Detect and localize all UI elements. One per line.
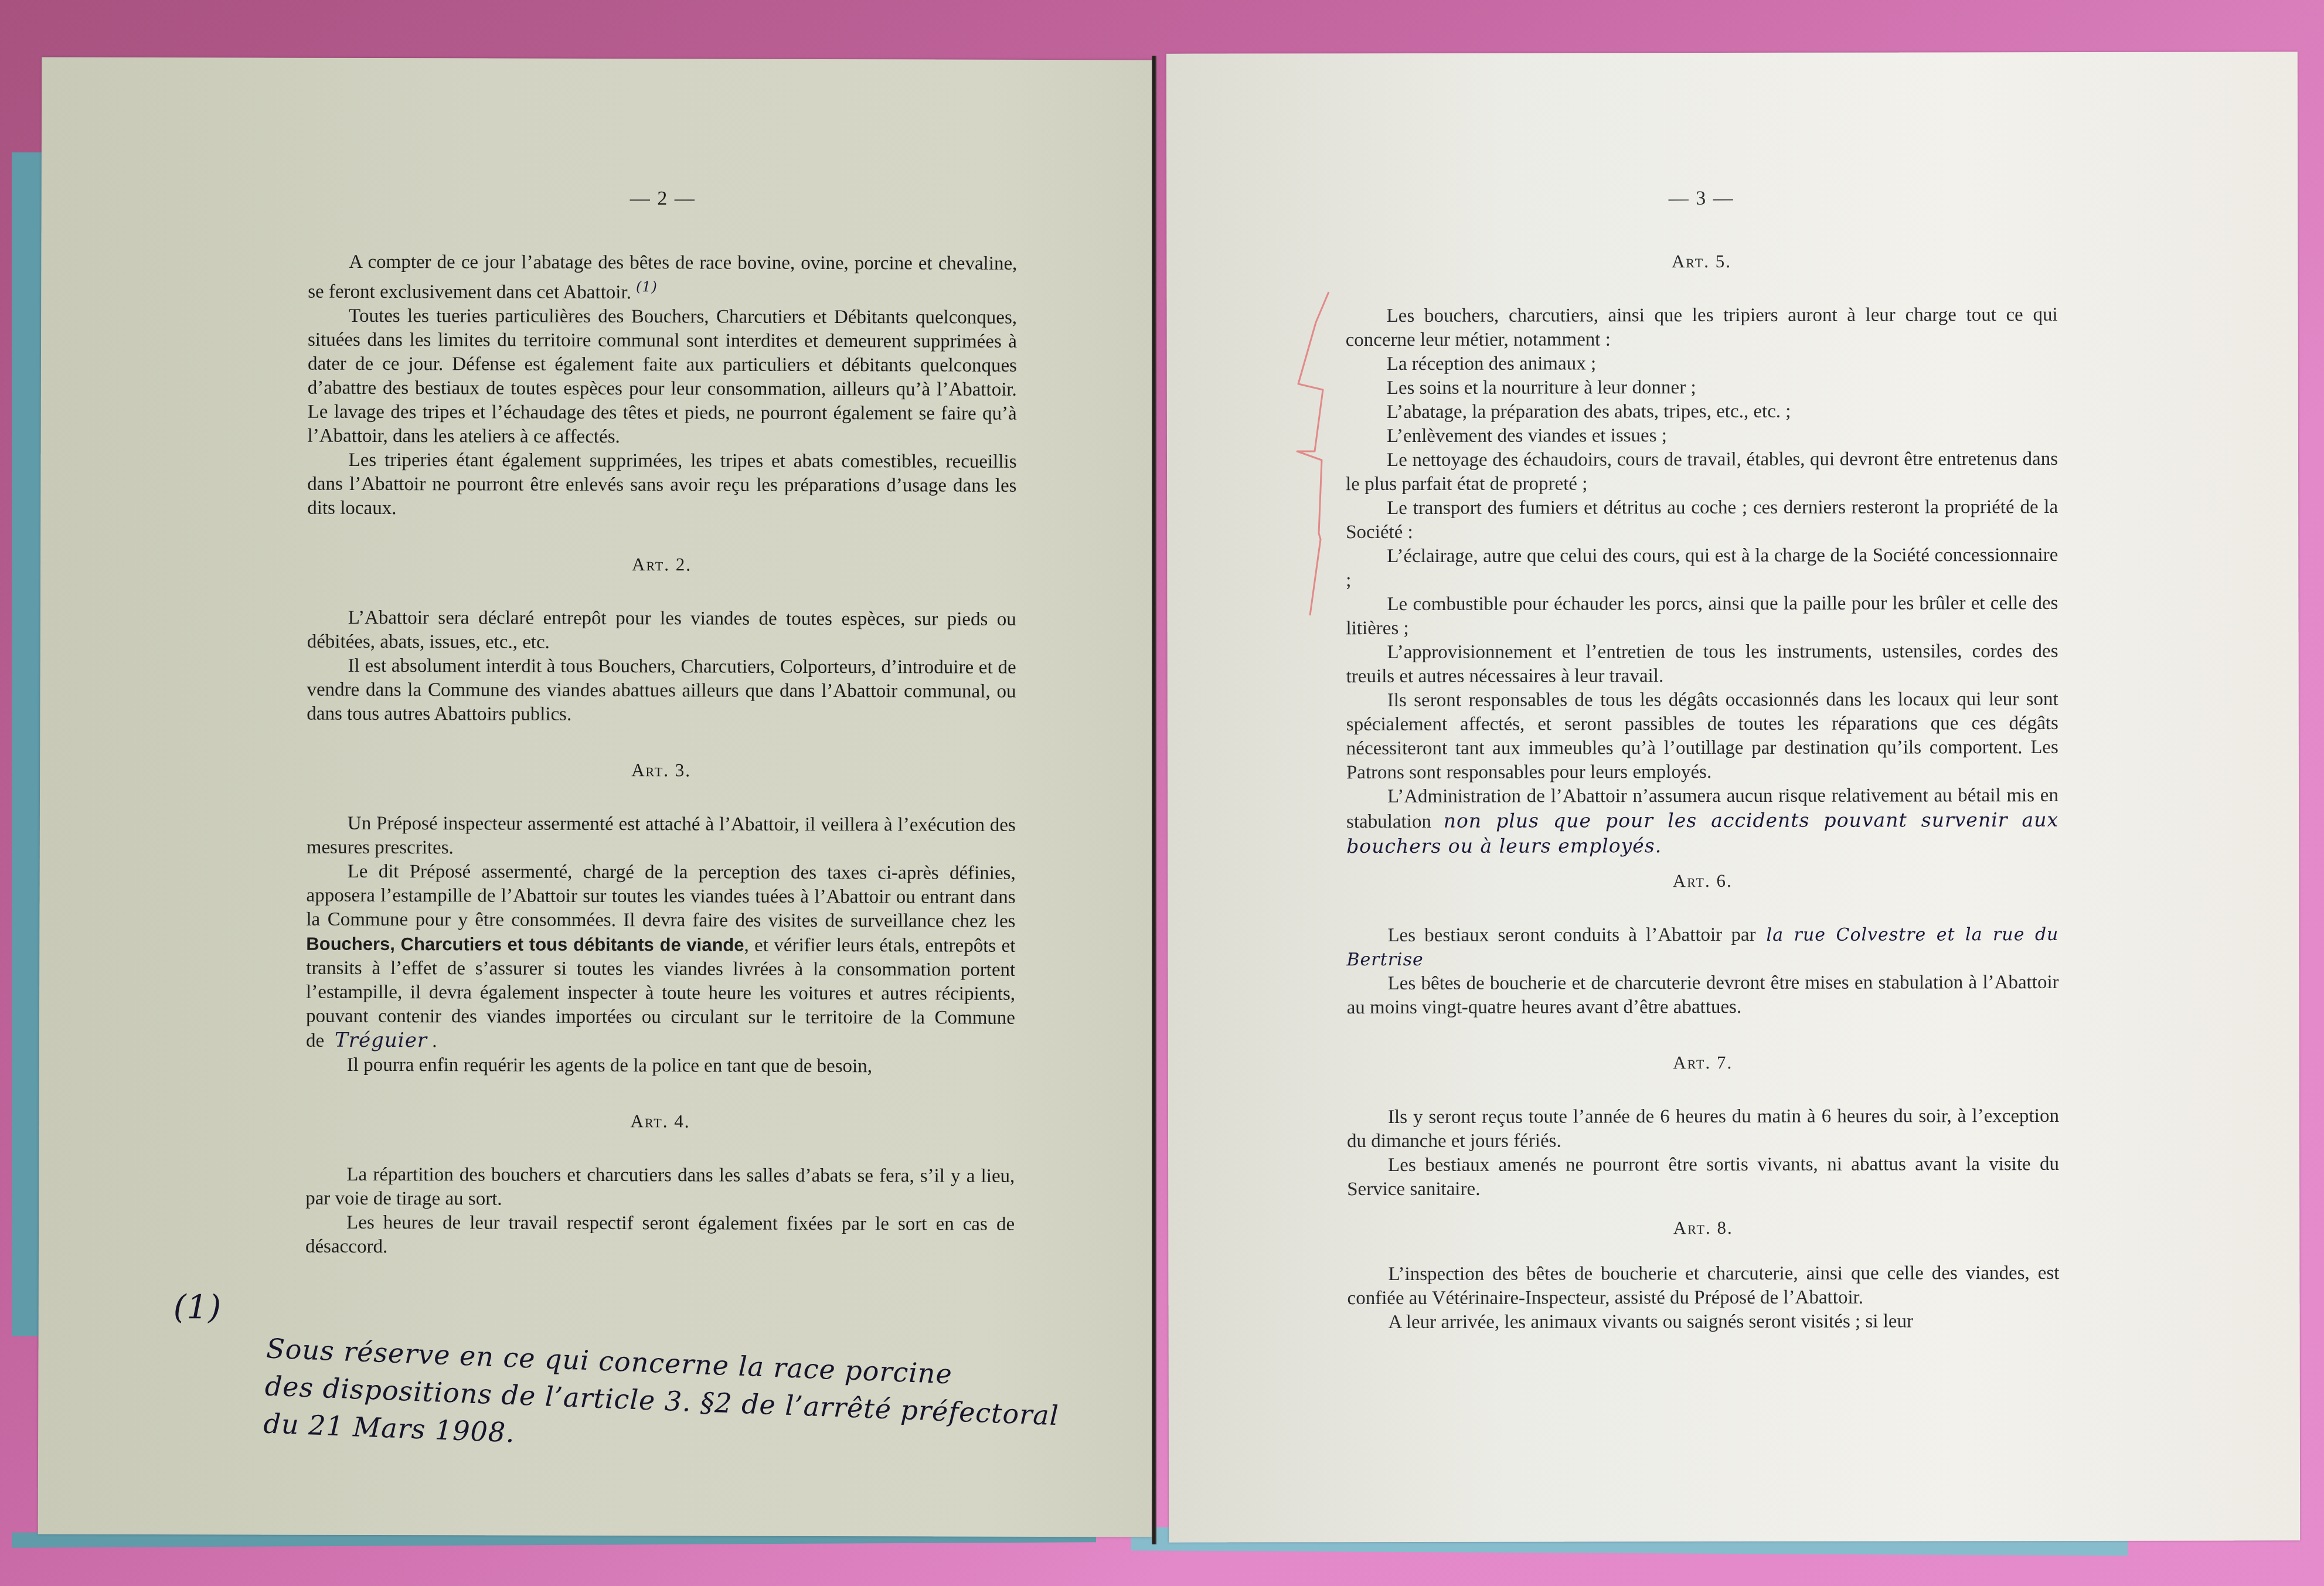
article-2-paragraph-1: L’Abattoir sera déclaré entrepôt pour le… <box>307 606 1016 656</box>
handwritten-commune-name: Tréguier <box>335 1029 427 1052</box>
footnote-lines: Sous réserve en ce qui concerne la race … <box>263 1330 1061 1472</box>
left-page-text: — 2 — A compter de ce jour l’abatage des… <box>305 187 1018 1261</box>
article-8-paragraph-2: A leur arrivée, les animaux vivants ou s… <box>1348 1309 2060 1335</box>
footnote-marker: (1) <box>173 1288 222 1326</box>
article-3-paragraph-1: Un Préposé inspecteur assermenté est att… <box>307 812 1016 862</box>
intro-paragraph-2: Toutes les tueries particulières des Bou… <box>308 304 1018 450</box>
page-number-3: — 3 — <box>1345 187 2057 210</box>
article-5-item: L’abatage, la préparation des abats, tri… <box>1346 399 2058 424</box>
article-6-paragraph-1: Les bestiaux seront conduits à l’Abattoi… <box>1346 923 2058 972</box>
article-8-paragraph-1: L’inspection des bêtes de boucherie et c… <box>1347 1261 2059 1311</box>
bold-emphasis: Bouchers, Charcutiers et tous débitants … <box>306 934 744 955</box>
intro-paragraph-1: A compter de ce jour l’abatage des bêtes… <box>308 250 1017 306</box>
article-5-item: La réception des animaux ; <box>1346 351 2058 376</box>
article-3-heading: Art. 3. <box>307 759 1016 782</box>
article-2-heading: Art. 2. <box>307 553 1016 576</box>
article-5-administration: L’Administration de l’Abattoir n’assumer… <box>1346 784 2058 859</box>
article-5-item: Le nettoyage des échaudoirs, cours de tr… <box>1346 447 2058 496</box>
handwritten-footnote: (1) Sous réserve en ce qui concerne la r… <box>173 1288 1170 1291</box>
article-5-responsibility: Ils seront responsables de tous les dégâ… <box>1346 688 2058 785</box>
article-2-paragraph-2: Il est absolument interdit à tous Bouche… <box>307 654 1016 728</box>
footnote-reference: (1) <box>636 278 658 295</box>
right-page: — 3 — Art. 5. Les bouchers, charcutiers,… <box>1166 52 2300 1542</box>
article-5-item: L’éclairage, autre que celui des cours, … <box>1346 543 2058 593</box>
handwritten-insertion-accidents: non plus que pour les accidents pouvant … <box>1346 808 2058 857</box>
page-number-2: — 2 — <box>308 187 1018 211</box>
left-page: — 2 — A compter de ce jour l’abatage des… <box>38 57 1156 1537</box>
article-6-heading: Art. 6. <box>1346 870 2058 892</box>
article-5-item: L’enlèvement des viandes et issues ; <box>1346 423 2058 448</box>
article-3-paragraph-2: Le dit Préposé assermenté, chargé de la … <box>306 860 1016 1055</box>
article-4-paragraph-1: La répartition des bouchers et charcutie… <box>305 1163 1015 1213</box>
article-5-item: Le transport des fumiers et détritus au … <box>1346 495 2058 544</box>
article-7-paragraph-2: Les bestiaux amenés ne pourront être sor… <box>1347 1152 2059 1202</box>
article-5-heading: Art. 5. <box>1345 250 2057 273</box>
article-4-heading: Art. 4. <box>306 1110 1015 1133</box>
article-6-paragraph-2: Les bêtes de boucherie et de charcuterie… <box>1347 971 2059 1020</box>
article-5-item: L’approvisionnement et l’entretien de to… <box>1346 639 2058 689</box>
article-5-item: Les soins et la nourriture à leur donner… <box>1346 375 2058 400</box>
intro-paragraph-3: Les triperies étant également supprimées… <box>307 448 1016 522</box>
red-pencil-bracket-icon <box>1287 287 1339 615</box>
article-7-paragraph-1: Ils y seront reçus toute l’année de 6 he… <box>1347 1104 2059 1153</box>
article-3-paragraph-3: Il pourra enfin requérir les agents de l… <box>306 1053 1015 1079</box>
article-8-heading: Art. 8. <box>1347 1217 2059 1239</box>
article-5-item: Le combustible pour échauder les porcs, … <box>1346 591 2058 641</box>
article-5-intro: Les bouchers, charcutiers, ainsi que les… <box>1346 303 2058 352</box>
article-4-paragraph-2: Les heures de leur travail respectif ser… <box>305 1211 1015 1261</box>
book-spine-gutter <box>1152 56 1156 1544</box>
right-page-text: — 3 — Art. 5. Les bouchers, charcutiers,… <box>1345 187 2059 1335</box>
article-7-heading: Art. 7. <box>1347 1051 2059 1074</box>
